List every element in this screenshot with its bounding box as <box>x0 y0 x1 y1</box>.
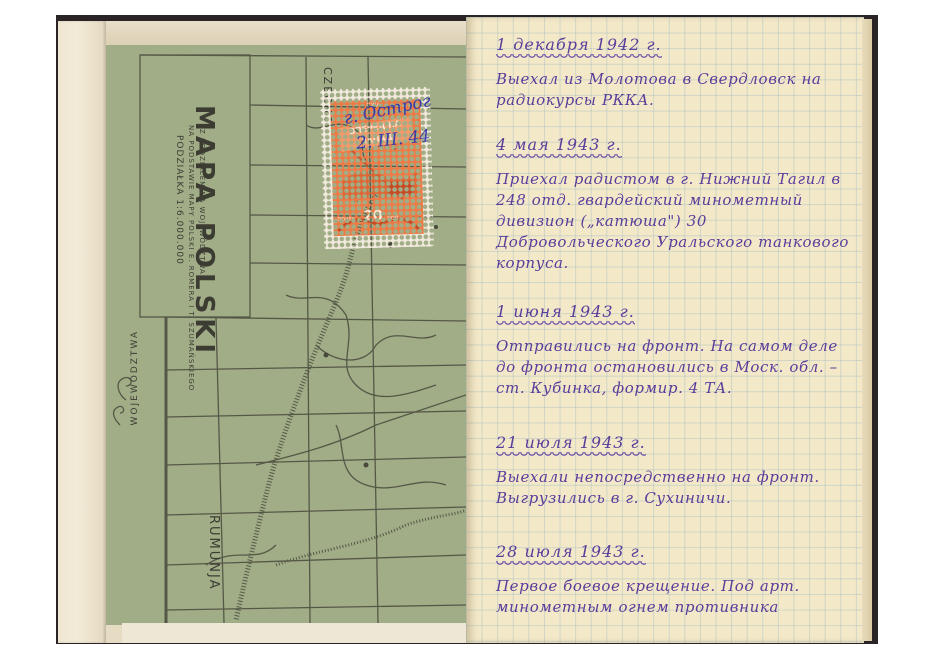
stamp-post-label: ПОЧТА <box>337 217 355 223</box>
diary-entry: 28 июля 1943 г. Первое боевое крещение. … <box>496 542 850 618</box>
map-subtitle-2: NA PODSTAWIE MAPY POLSKI E. ROMERA I T. … <box>187 125 195 391</box>
entry-text: Выехал из Молотова в Свердловск на радио… <box>496 69 850 111</box>
page-edges <box>862 19 872 641</box>
entry-text: Приехал радистом в г. Нижний Тагил в 248… <box>496 169 850 274</box>
entry-text: Первое боевое крещение. Под арт. миномет… <box>496 576 850 618</box>
cover-bottom-edge <box>122 623 466 643</box>
entry-date: 28 июля 1943 г. <box>496 542 646 566</box>
map-label-rumunja: RUMUNJA <box>206 515 221 591</box>
entry-date: 1 июня 1943 г. <box>496 302 635 326</box>
entry-date: 21 июля 1943 г. <box>496 433 646 457</box>
map-subtitle-1: Z PODZIAŁEM NA WOJEWÓDZTWA <box>198 129 206 275</box>
entry-text: Выехали непосредственно на фронт. Выгруз… <box>496 467 850 509</box>
diary-entry: 1 декабря 1942 г. Выехал из Молотова в С… <box>496 35 850 111</box>
map-scale: PODZIAŁKA 1:6.000.000 <box>174 135 184 265</box>
diary-photo: MAPA POLSKI Z PODZIAŁEM NA WOJEWÓDZTWA N… <box>56 15 878 644</box>
map-border-label: WOJEWÓDZTWA <box>130 330 140 425</box>
stamp-currency: КОП <box>387 215 398 221</box>
diary-entry: 1 июня 1943 г. Отправились на фронт. На … <box>496 302 850 399</box>
diary-page: 1 декабря 1942 г. Выехал из Молотова в С… <box>466 17 864 643</box>
stamp-value: 20 <box>363 208 383 225</box>
book-spine <box>58 21 106 643</box>
diary-entry: 4 мая 1943 г. Приехал радистом в г. Нижн… <box>496 135 850 274</box>
entry-text: Отправились на фронт. На самом деле до ф… <box>496 336 850 399</box>
entry-date: 4 мая 1943 г. <box>496 135 622 159</box>
cover-top-edge <box>106 21 466 45</box>
diary-entry: 21 июля 1943 г. Выехали непосредственно … <box>496 433 850 509</box>
entry-date: 1 декабря 1942 г. <box>496 35 662 59</box>
